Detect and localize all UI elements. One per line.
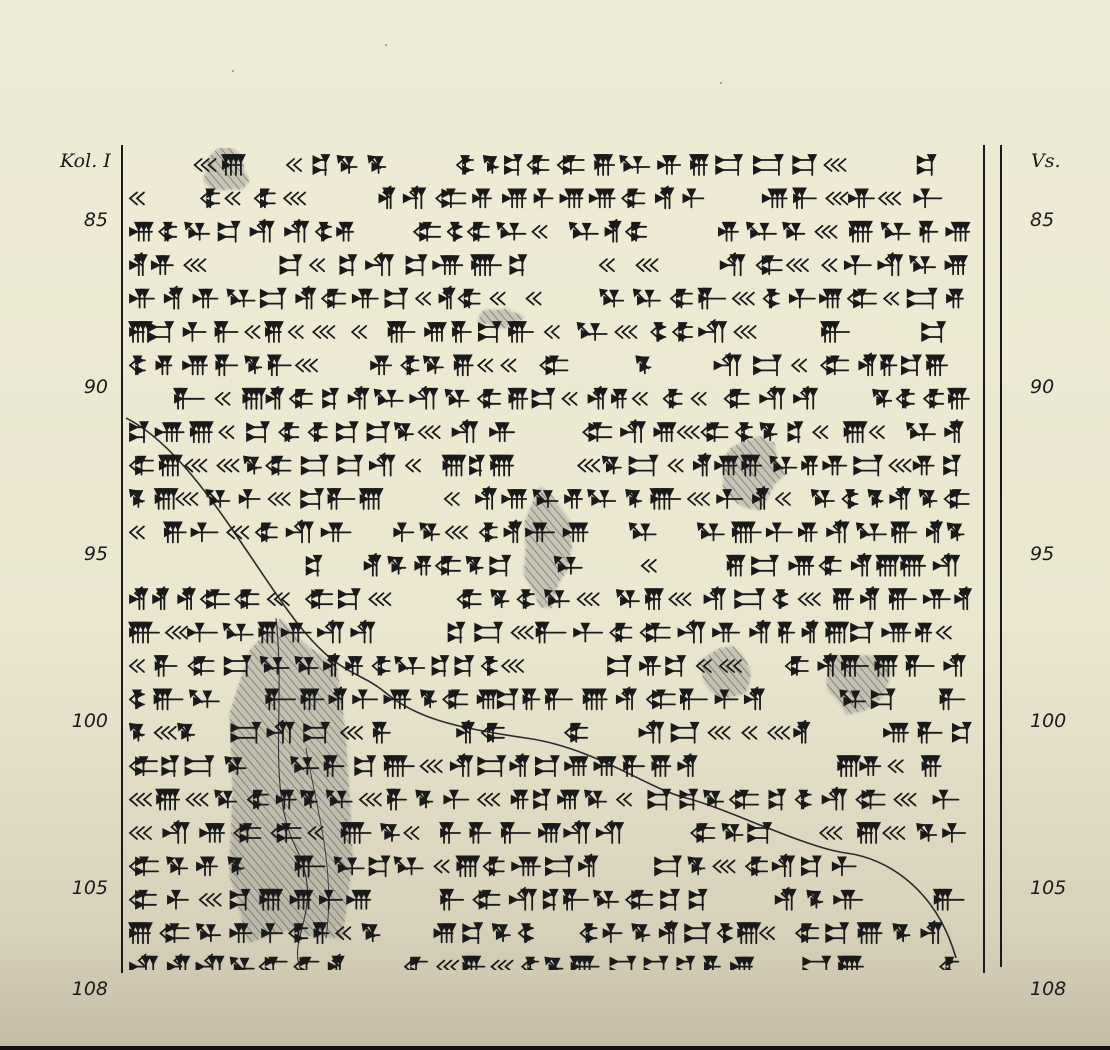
speck (385, 44, 387, 46)
scan-edge (0, 1046, 1110, 1050)
line-number: 100 (1030, 710, 1066, 732)
line-number: 105 (72, 877, 108, 899)
line-number: 108 (1030, 978, 1066, 1000)
line-number: 85 (1030, 209, 1054, 231)
speck (232, 70, 234, 72)
left-rule (121, 145, 123, 973)
line-number: 90 (1030, 376, 1054, 398)
right-rule-inner (983, 145, 985, 973)
column-label: Kol. I (60, 150, 111, 172)
speck (720, 82, 722, 84)
line-number: 85 (84, 209, 108, 231)
line-number: 108 (72, 978, 108, 1000)
side-label: Vs. (1031, 150, 1061, 172)
right-rule-outer (1000, 145, 1002, 967)
line-number: 95 (84, 543, 108, 565)
line-number: 105 (1030, 877, 1066, 899)
line-number: 95 (1030, 543, 1054, 565)
cuneiform-text (126, 148, 978, 970)
line-number: 100 (72, 710, 108, 732)
line-number: 90 (84, 376, 108, 398)
